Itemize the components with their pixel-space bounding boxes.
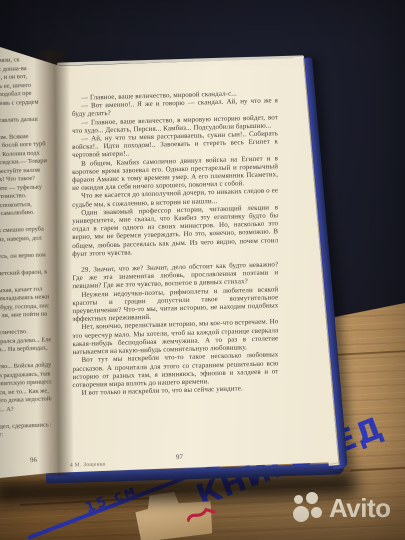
signature-mark: 4 М. Зощенко <box>70 462 106 469</box>
avito-logo-text: Avito <box>329 493 391 524</box>
avito-logo-icon <box>293 492 324 525</box>
listing-photo: КНИГОВЕД 15 см стыи связи, скслучае: дон… <box>0 0 405 540</box>
page-number-right: 97 <box>176 453 183 461</box>
paragraph: Один знакомый профессор истории, читающи… <box>72 203 278 258</box>
right-page-text: — Главное, ваше величество, мировой скан… <box>72 88 278 397</box>
page-number-left: 96 <box>30 456 37 464</box>
avito-watermark: Avito <box>293 492 391 525</box>
book-gutter-shadow <box>34 50 74 476</box>
